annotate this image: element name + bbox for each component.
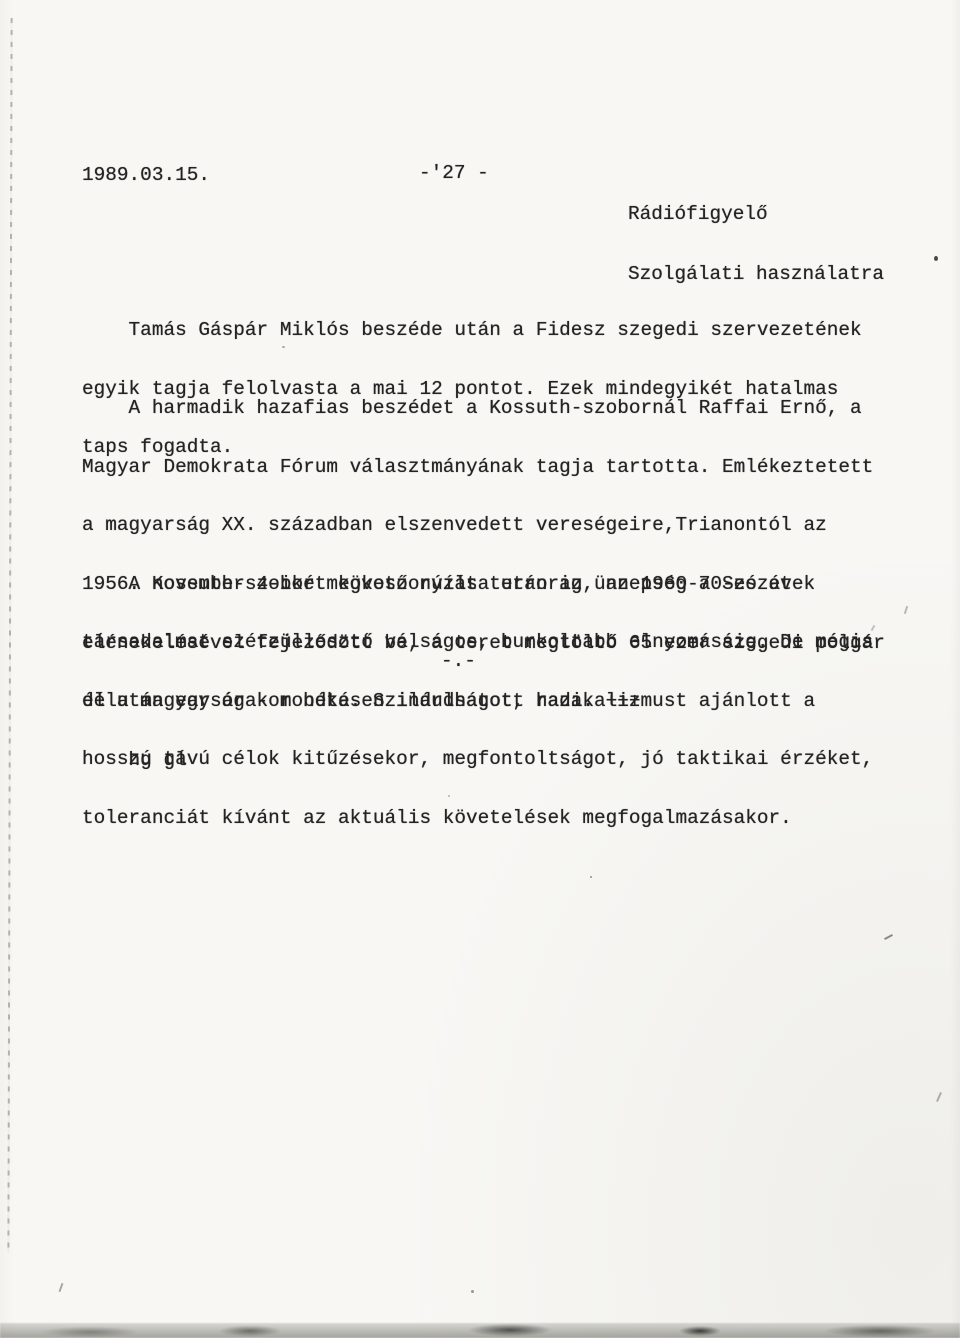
text-line: a magyarság XX. században elszenvedett v… [82, 516, 873, 536]
document-date: 1989.03.15. [82, 166, 210, 186]
scan-speck [936, 1092, 942, 1102]
page-number: -'27 - [419, 164, 489, 184]
section-separator: -.- [441, 652, 476, 672]
text-line: délután egy órakor békésen indulhatott h… [82, 692, 885, 712]
scan-speck [59, 1283, 64, 1292]
paragraph: A Kossuth-szobor megkoszorúzása után az … [82, 536, 885, 809]
scan-edge-scratch [7, 18, 12, 1253]
scan-speck [884, 934, 893, 940]
text-line: Magyar Demokrata Fórum választmányának t… [82, 458, 873, 478]
scan-speck [471, 1290, 474, 1293]
text-line: hg gl [82, 751, 885, 771]
text-line: A harmadik hazafias beszédet a Kossuth-s… [82, 399, 873, 419]
scan-speck [590, 876, 592, 878]
text-line: A Kossuth-szobor megkoszorúzása után az … [82, 575, 885, 595]
scan-bottom-edge [0, 1323, 960, 1338]
scan-speck [904, 606, 908, 614]
text-line: toleranciát kívánt az aktuális követelés… [82, 809, 873, 829]
scanned-document-page: 1989.03.15. -'27 - Rádiófigyelő Szolgála… [0, 0, 960, 1338]
text-line: elénekelésével fejeződött be, a teret me… [82, 634, 885, 654]
text-line: Tamás Gáspár Miklós beszéde után a Fides… [82, 321, 862, 341]
scan-speck [934, 256, 938, 261]
masthead: Rádiófigyelő [628, 205, 884, 225]
